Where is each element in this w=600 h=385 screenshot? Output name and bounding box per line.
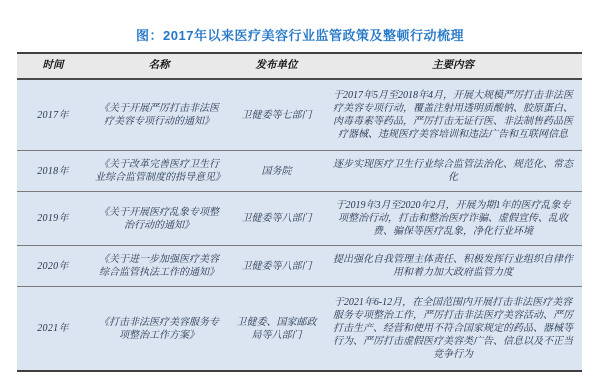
cell-time: 2020年 xyxy=(17,246,89,287)
cell-content: 逐步实现医疗卫生行业综合监管法治化、规范化、常态化 xyxy=(324,151,582,192)
cell-name: 《关于开展严厉打击非法医疗美容专项行动的通知》 xyxy=(89,79,229,151)
cell-name: 《打击非法医疗美容服务专项整治工作方案》 xyxy=(89,287,229,372)
cell-time: 2017年 xyxy=(17,79,89,151)
cell-issuer: 卫健委等七部门 xyxy=(229,79,324,151)
report-page: 图：2017年以来医疗美容行业监管政策及整顿行动梳理 时间 名称 发布单位 主要… xyxy=(0,0,600,385)
table-row-2019: 2019年 《关于开展医疗乱象专项整治行动的通知》 卫健委等八部门 于2019年… xyxy=(17,192,582,246)
cell-time: 2019年 xyxy=(17,192,89,246)
cell-issuer: 卫健委等八部门 xyxy=(229,192,324,246)
col-header-name: 名称 xyxy=(89,53,229,79)
cell-name: 《关于进一步加强医疗美容综合监管执法工作的通知》 xyxy=(89,246,229,287)
cell-issuer: 国务院 xyxy=(229,151,324,192)
table-header: 时间 名称 发布单位 主要内容 xyxy=(17,53,582,79)
table-row-2017: 2017年 《关于开展严厉打击非法医疗美容专项行动的通知》 卫健委等七部门 于2… xyxy=(17,79,582,151)
table-row-2020: 2020年 《关于进一步加强医疗美容综合监管执法工作的通知》 卫健委等八部门 提… xyxy=(17,246,582,287)
cell-time: 2021年 xyxy=(17,287,89,372)
header-row: 时间 名称 发布单位 主要内容 xyxy=(17,53,582,79)
cell-issuer: 卫健委等八部门 xyxy=(229,246,324,287)
cell-content: 于2017年5月至2018年4月，开展大规模严厉打击非法医疗美容专项行动，覆盖注… xyxy=(324,79,582,151)
col-header-content: 主要内容 xyxy=(324,53,582,79)
cell-name: 《关于开展医疗乱象专项整治行动的通知》 xyxy=(89,192,229,246)
col-header-time: 时间 xyxy=(17,53,89,79)
cell-issuer: 卫健委、国家邮政局等八部门 xyxy=(229,287,324,372)
table-body: 2017年 《关于开展严厉打击非法医疗美容专项行动的通知》 卫健委等七部门 于2… xyxy=(17,79,582,371)
cell-name: 《关于改革完善医疗卫生行业综合监管制度的指导意见》 xyxy=(89,151,229,192)
table-row-2021: 2021年 《打击非法医疗美容服务专项整治工作方案》 卫健委、国家邮政局等八部门… xyxy=(17,287,582,372)
policy-table: 时间 名称 发布单位 主要内容 2017年 《关于开展严厉打击非法医疗美容专项行… xyxy=(17,52,582,372)
col-header-issuer: 发布单位 xyxy=(229,53,324,79)
table-row-2018: 2018年 《关于改革完善医疗卫生行业综合监管制度的指导意见》 国务院 逐步实现… xyxy=(17,151,582,192)
cell-content: 于2019年3月至2020年2月，开展为期1年的医疗乱象专项整治行动，打击和整治… xyxy=(324,192,582,246)
figure-title: 图：2017年以来医疗美容行业监管政策及整顿行动梳理 xyxy=(0,25,600,44)
cell-content: 提出强化自我管理主体责任、积极发挥行业组织自律作用和着力加大政府监管力度 xyxy=(324,246,582,287)
cell-content: 于2021年6-12月，在全国范围内开展打击非法医疗美容服务专项整治工作，严厉打… xyxy=(324,287,582,372)
cell-time: 2018年 xyxy=(17,151,89,192)
